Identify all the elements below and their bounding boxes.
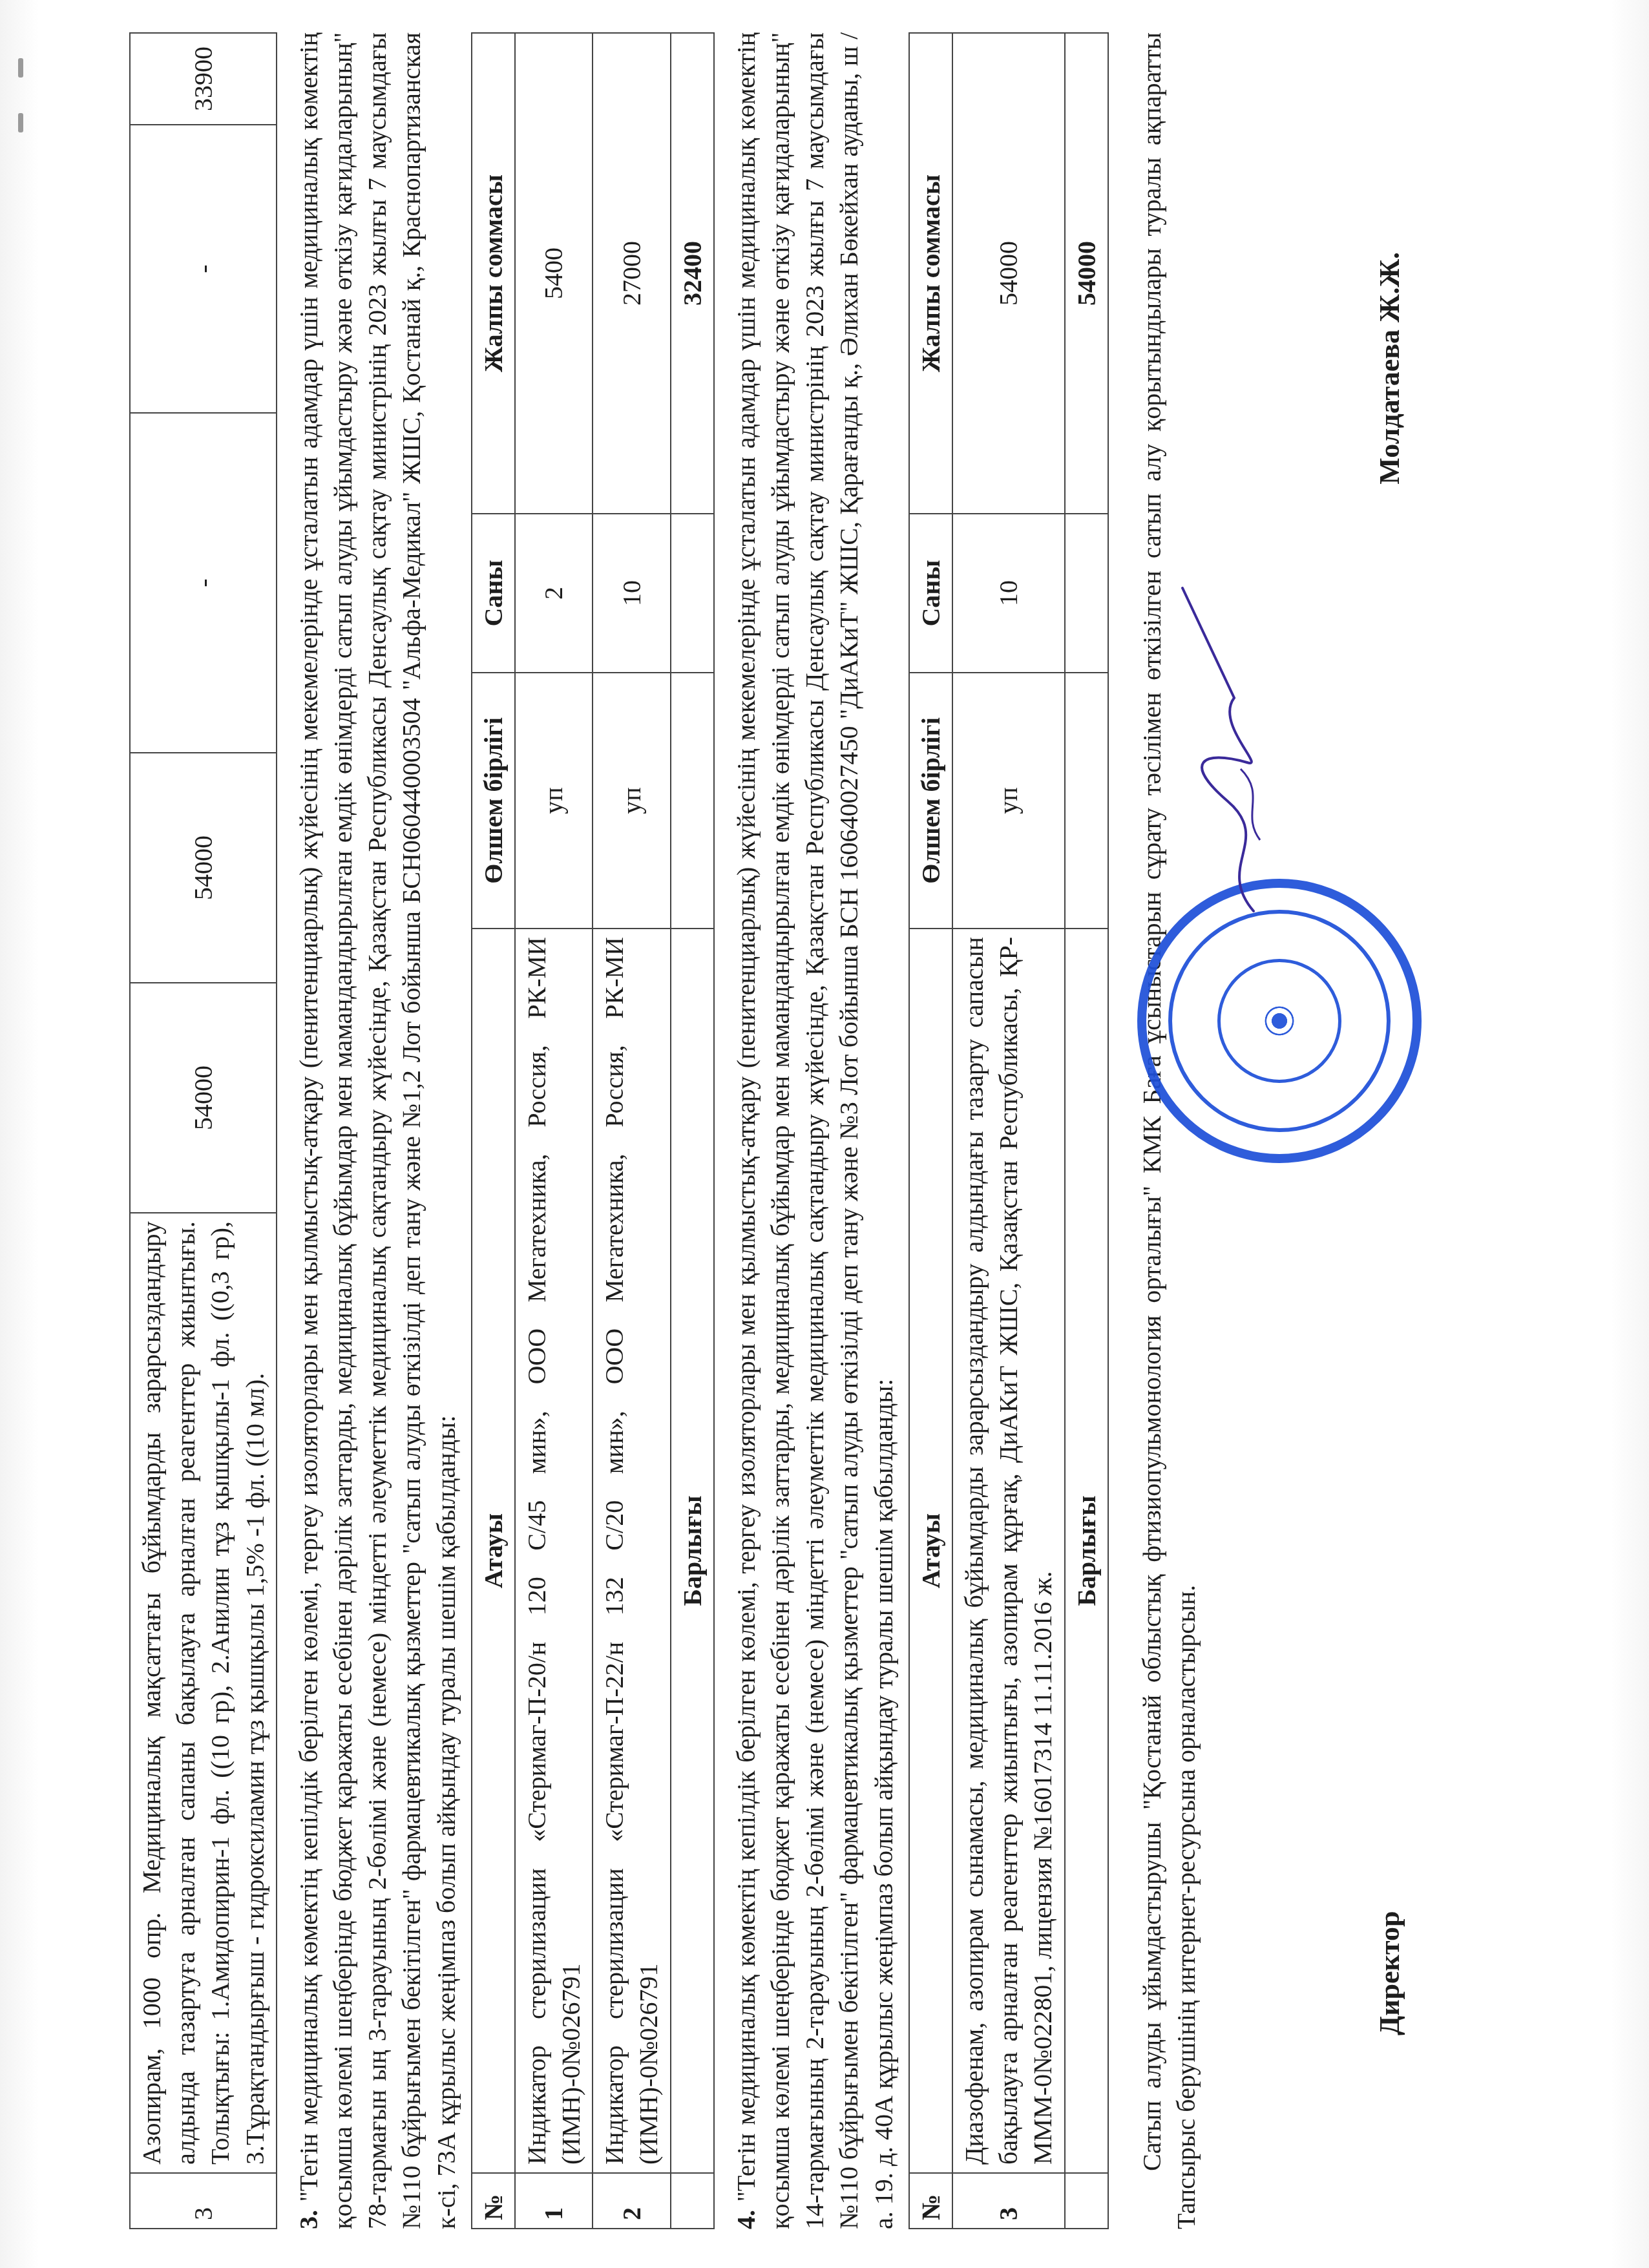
col-header-qty: Саны (472, 514, 515, 673)
signatory-title: Директор (1371, 1911, 1409, 2035)
punch-hole-mark (18, 113, 23, 132)
empty-cell (671, 514, 714, 673)
table-header-row: № Атауы Өлшем бірлігі Саны Жалпы соммасы (472, 33, 515, 2229)
top-table-continuation: 3 Азопирам, 1000 опр. Медициналық мақсат… (129, 32, 277, 2229)
section-4-paragraph: 4. "Тегін медициналық көмектің кепілдік … (729, 32, 901, 2229)
total-label: Барлығы (671, 929, 714, 2173)
col-header-num: № (909, 2173, 952, 2229)
state-emblem-icon (1250, 991, 1309, 1051)
handwritten-signature-icon (1176, 582, 1279, 918)
signatory-name: Молдатаева Ж.Ж. (1371, 252, 1409, 485)
section-3-table: № Атауы Өлшем бірлігі Саны Жалпы соммасы… (471, 32, 715, 2229)
table-row: 3 Диазофенам, азопирам сынамасы, медицин… (952, 33, 1065, 2229)
empty-cell (1065, 514, 1108, 673)
table-row: 3 Азопирам, 1000 опр. Медициналық мақсат… (130, 33, 277, 2229)
scan-edge-right (1610, 0, 1649, 2268)
item-unit: уп (952, 673, 1065, 929)
total-value: 32400 (671, 33, 714, 514)
punch-hole-mark (18, 58, 23, 78)
empty-cell (671, 2173, 714, 2229)
table-row: 1 Индикатор стерилизации «Стеримаг-П-20/… (515, 33, 593, 2229)
section-3-paragraph: 3. "Тегін медициналық көмектің кепілдік … (291, 32, 463, 2229)
item-name: Индикатор стерилизации «Стеримаг-П-20/н … (515, 929, 593, 2173)
scan-edge-left (0, 0, 39, 2268)
item-qty: 10 (593, 514, 670, 673)
cell-amount: 54000 (130, 753, 277, 983)
section-4-text: "Тегін медициналық көмектің кепілдік бер… (731, 32, 898, 2229)
table-total-row: Барлығы 32400 (671, 33, 714, 2229)
col-header-unit: Өлшем бірлігі (909, 673, 952, 929)
section-4-table: № Атауы Өлшем бірлігі Саны Жалпы соммасы… (909, 32, 1109, 2229)
section-3-text: "Тегін медициналық көмектің кепілдік бер… (294, 32, 461, 2229)
col-header-name: Атауы (909, 929, 952, 2173)
col-header-unit: Өлшем бірлігі (472, 673, 515, 929)
item-qty: 10 (952, 514, 1065, 673)
empty-cell (1065, 673, 1108, 929)
row-number: 2 (593, 2173, 670, 2229)
table-row: 2 Индикатор стерилизации «Стеримаг-П-22/… (593, 33, 670, 2229)
total-value: 54000 (1065, 33, 1108, 514)
section-3-number: 3. (294, 2210, 323, 2229)
item-name: Диазофенам, азопирам сынамасы, медицинал… (952, 929, 1065, 2173)
item-total: 5400 (515, 33, 593, 514)
row-number: 1 (515, 2173, 593, 2229)
col-header-name: Атауы (472, 929, 515, 2173)
empty-cell (1065, 2173, 1108, 2229)
item-name: Индикатор стерилизации «Стеримаг-П-22/н … (593, 929, 670, 2173)
cell-col5: - (130, 413, 277, 753)
table-total-row: Барлығы 54000 (1065, 33, 1108, 2229)
document-page: 3 Азопирам, 1000 опр. Медициналық мақсат… (129, 32, 1422, 2229)
row-number: 3 (952, 2173, 1065, 2229)
section-4-number: 4. (731, 2210, 761, 2229)
item-unit: уп (515, 673, 593, 929)
item-name: Азопирам, 1000 опр. Медициналық мақсатта… (130, 1213, 277, 2173)
col-header-total: Жалпы соммасы (472, 33, 515, 514)
item-total: 54000 (952, 33, 1065, 514)
official-stamp-icon (1137, 879, 1422, 1163)
col-header-total: Жалпы соммасы (909, 33, 952, 514)
col-header-qty: Саны (909, 514, 952, 673)
item-qty: 2 (515, 514, 593, 673)
cell-price: 54000 (130, 983, 277, 1213)
empty-cell (671, 673, 714, 929)
row-number: 3 (130, 2173, 277, 2229)
total-label: Барлығы (1065, 929, 1108, 2173)
table-header-row: № Атауы Өлшем бірлігі Саны Жалпы соммасы (909, 33, 952, 2229)
cell-col6: - (130, 125, 277, 413)
item-unit: уп (593, 673, 670, 929)
col-header-num: № (472, 2173, 515, 2229)
item-total: 27000 (593, 33, 670, 514)
cell-col7: 33900 (130, 33, 277, 125)
signature-block: Директор Молдатаева Ж.Ж. (1371, 32, 1409, 2229)
